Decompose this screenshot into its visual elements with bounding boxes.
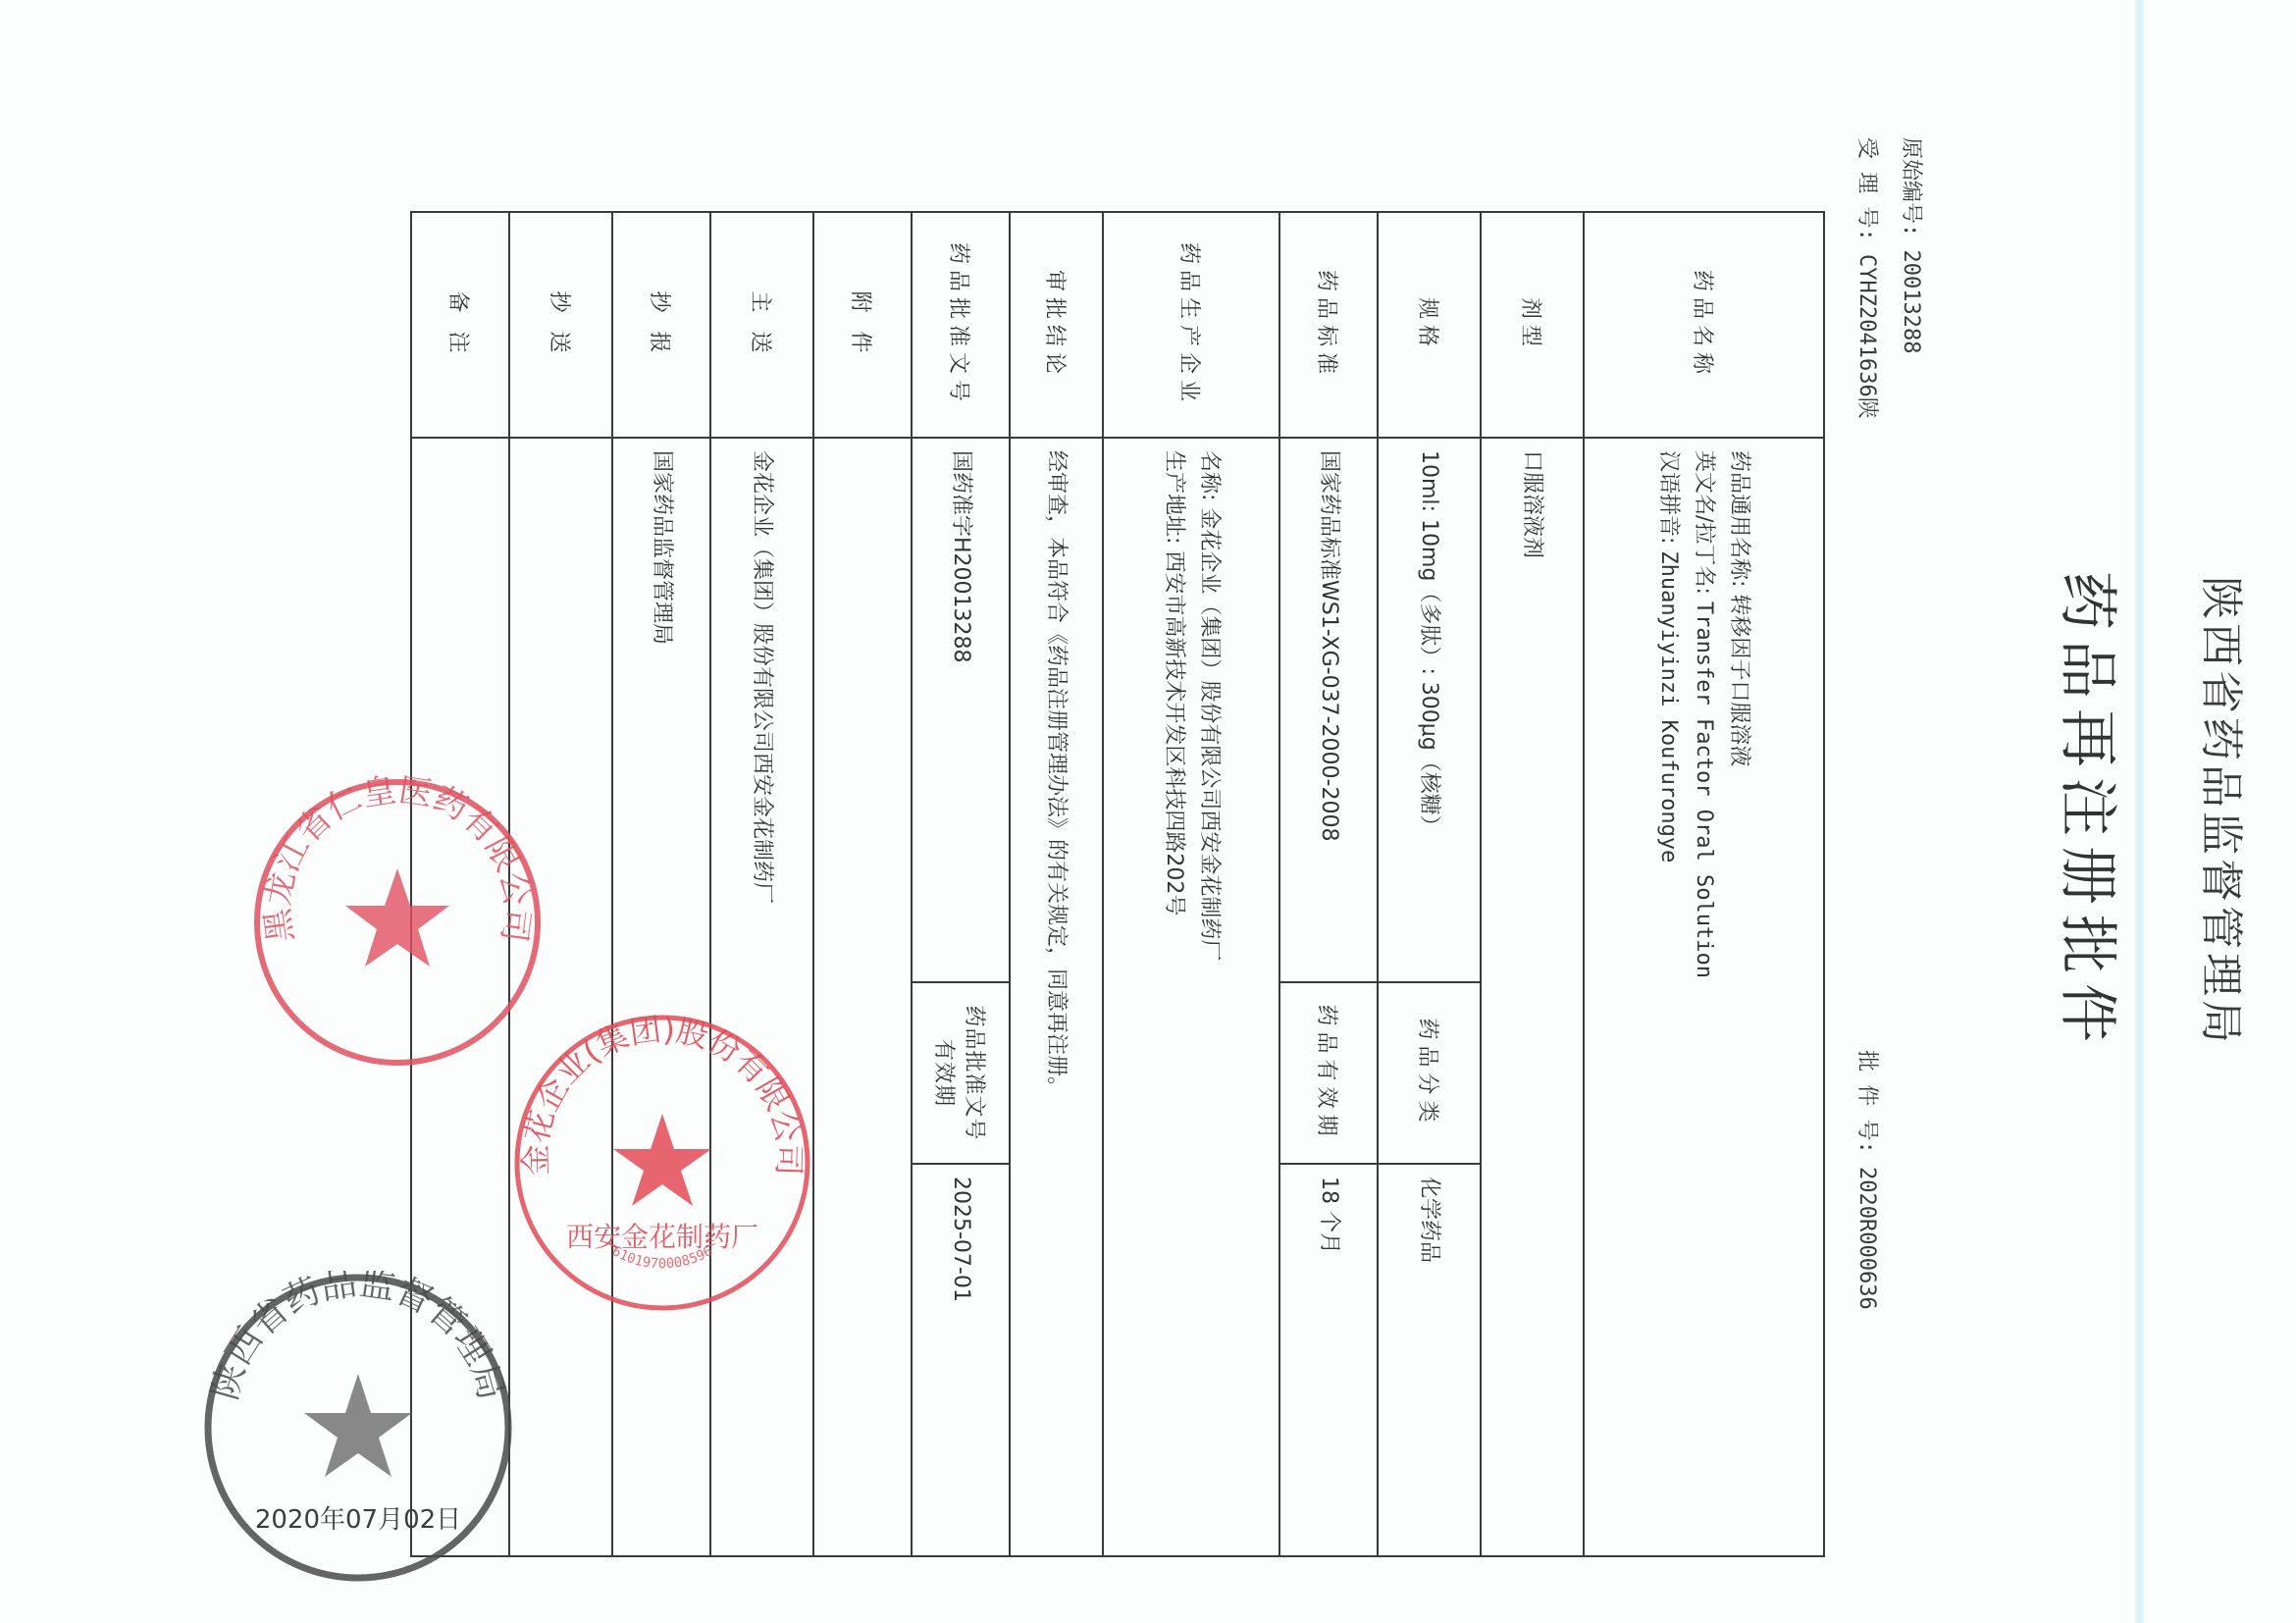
row-dosage-form: 剂型 口服溶液剂 — [1481, 212, 1584, 1556]
value-drug-category: 化学药品 — [1378, 1164, 1481, 1556]
value-cc-report: 国家药品监督管理局 — [612, 438, 710, 1556]
star-icon — [304, 1374, 412, 1477]
value-attachments — [813, 438, 912, 1556]
generic-name: 药品通用名称: 转移因子口服溶液 — [1722, 450, 1757, 1544]
label-cc-send: 抄 送 — [509, 212, 612, 438]
pinyin-name: 汉语拼音: Zhuanyiyinzi Koufurongye — [1651, 450, 1687, 1544]
acceptance-number: 受 理 号: CYHZ2041636陕 — [1853, 137, 1884, 419]
label-cc-report: 抄 报 — [612, 212, 710, 438]
label-approval-validity: 药品批准文号有效期 — [912, 982, 1010, 1164]
label-drug-category: 药品分类 — [1378, 982, 1481, 1164]
scan-edge — [2134, 0, 2144, 1623]
label-attachments: 附 件 — [813, 212, 912, 438]
label-approval-number: 药品批准文号 — [912, 212, 1010, 438]
original-number: 原始编号: 20013288 — [1898, 137, 1928, 353]
row-drug-name: 药品名称 药品通用名称: 转移因子口服溶液 英文名/拉丁名: Transfer … — [1584, 212, 1824, 1556]
document-page: 陕西省药品监督管理局 药品再注册批件 原始编号: 20013288 受 理 号:… — [0, 0, 2296, 1623]
value-drug-standard: 国家药品标准WS1-XG-037-2000-2008 — [1279, 438, 1378, 982]
row-attachments: 附 件 — [813, 212, 912, 1556]
manufacturer-address: 生产地址: 西安市高新技术开发区科技四路202号 — [1156, 450, 1191, 1544]
row-specification: 规格 10ml: 10mg（多肽）: 300μg（核糖） 药品分类 化学药品 — [1378, 212, 1481, 1556]
row-main-recipient: 主 送 金花企业（集团）股份有限公司西安金花制药厂 — [710, 212, 813, 1556]
row-standard: 药品标准 国家药品标准WS1-XG-037-2000-2008 药品有效期 18… — [1279, 212, 1378, 1556]
value-shelf-life: 18 个月 — [1279, 1164, 1378, 1556]
value-approval-number: 国药准字H20013288 — [912, 438, 1010, 982]
label-specification: 规格 — [1378, 212, 1481, 438]
approval-document-number: 批 件 号: 2020R000636 — [1853, 1050, 1884, 1310]
value-drug-name: 药品通用名称: 转移因子口服溶液 英文名/拉丁名: Transfer Facto… — [1584, 438, 1824, 1556]
english-name: 英文名/拉丁名: Transfer Factor Oral Solution — [1687, 450, 1722, 1544]
row-remarks: 备 注 — [411, 212, 509, 1556]
value-conclusion: 经审查，本品符合《药品注册管理办法》的有关规定，同意再注册。 — [1010, 438, 1103, 1556]
label-drug-standard: 药品标准 — [1279, 212, 1378, 438]
document-title: 药品再注册批件 — [2050, 0, 2134, 1623]
label-dosage-form: 剂型 — [1481, 212, 1584, 438]
registration-form-table: 药品名称 药品通用名称: 转移因子口服溶液 英文名/拉丁名: Transfer … — [410, 211, 1825, 1557]
row-approval-number: 药品批准文号 国药准字H20013288 药品批准文号有效期 2025-07-0… — [912, 212, 1010, 1556]
label-remarks: 备 注 — [411, 212, 509, 438]
label-shelf-life: 药品有效期 — [1279, 982, 1378, 1164]
value-manufacturer: 名称: 金花企业（集团）股份有限公司西安金花制药厂 生产地址: 西安市高新技术开… — [1103, 438, 1279, 1556]
issuing-agency: 陕西省药品监督管理局 — [2194, 0, 2257, 1623]
value-approval-validity: 2025-07-01 — [912, 1164, 1010, 1556]
value-specification: 10ml: 10mg（多肽）: 300μg（核糖） — [1378, 438, 1481, 982]
label-conclusion: 审批结论 — [1010, 212, 1103, 438]
label-manufacturer: 药品生产企业 — [1103, 212, 1279, 438]
row-cc-report: 抄 报 国家药品监督管理局 — [612, 212, 710, 1556]
manufacturer-name: 名称: 金花企业（集团）股份有限公司西安金花制药厂 — [1191, 450, 1226, 1544]
row-manufacturer: 药品生产企业 名称: 金花企业（集团）股份有限公司西安金花制药厂 生产地址: 西… — [1103, 212, 1279, 1556]
row-cc-send: 抄 送 — [509, 212, 612, 1556]
label-main-recipient: 主 送 — [710, 212, 813, 438]
value-cc-send — [509, 438, 612, 1556]
value-dosage-form: 口服溶液剂 — [1481, 438, 1584, 1556]
value-main-recipient: 金花企业（集团）股份有限公司西安金花制药厂 — [710, 438, 813, 1556]
label-drug-name: 药品名称 — [1584, 212, 1824, 438]
value-remarks — [411, 438, 509, 1556]
row-conclusion: 审批结论 经审查，本品符合《药品注册管理办法》的有关规定，同意再注册。 — [1010, 212, 1103, 1556]
